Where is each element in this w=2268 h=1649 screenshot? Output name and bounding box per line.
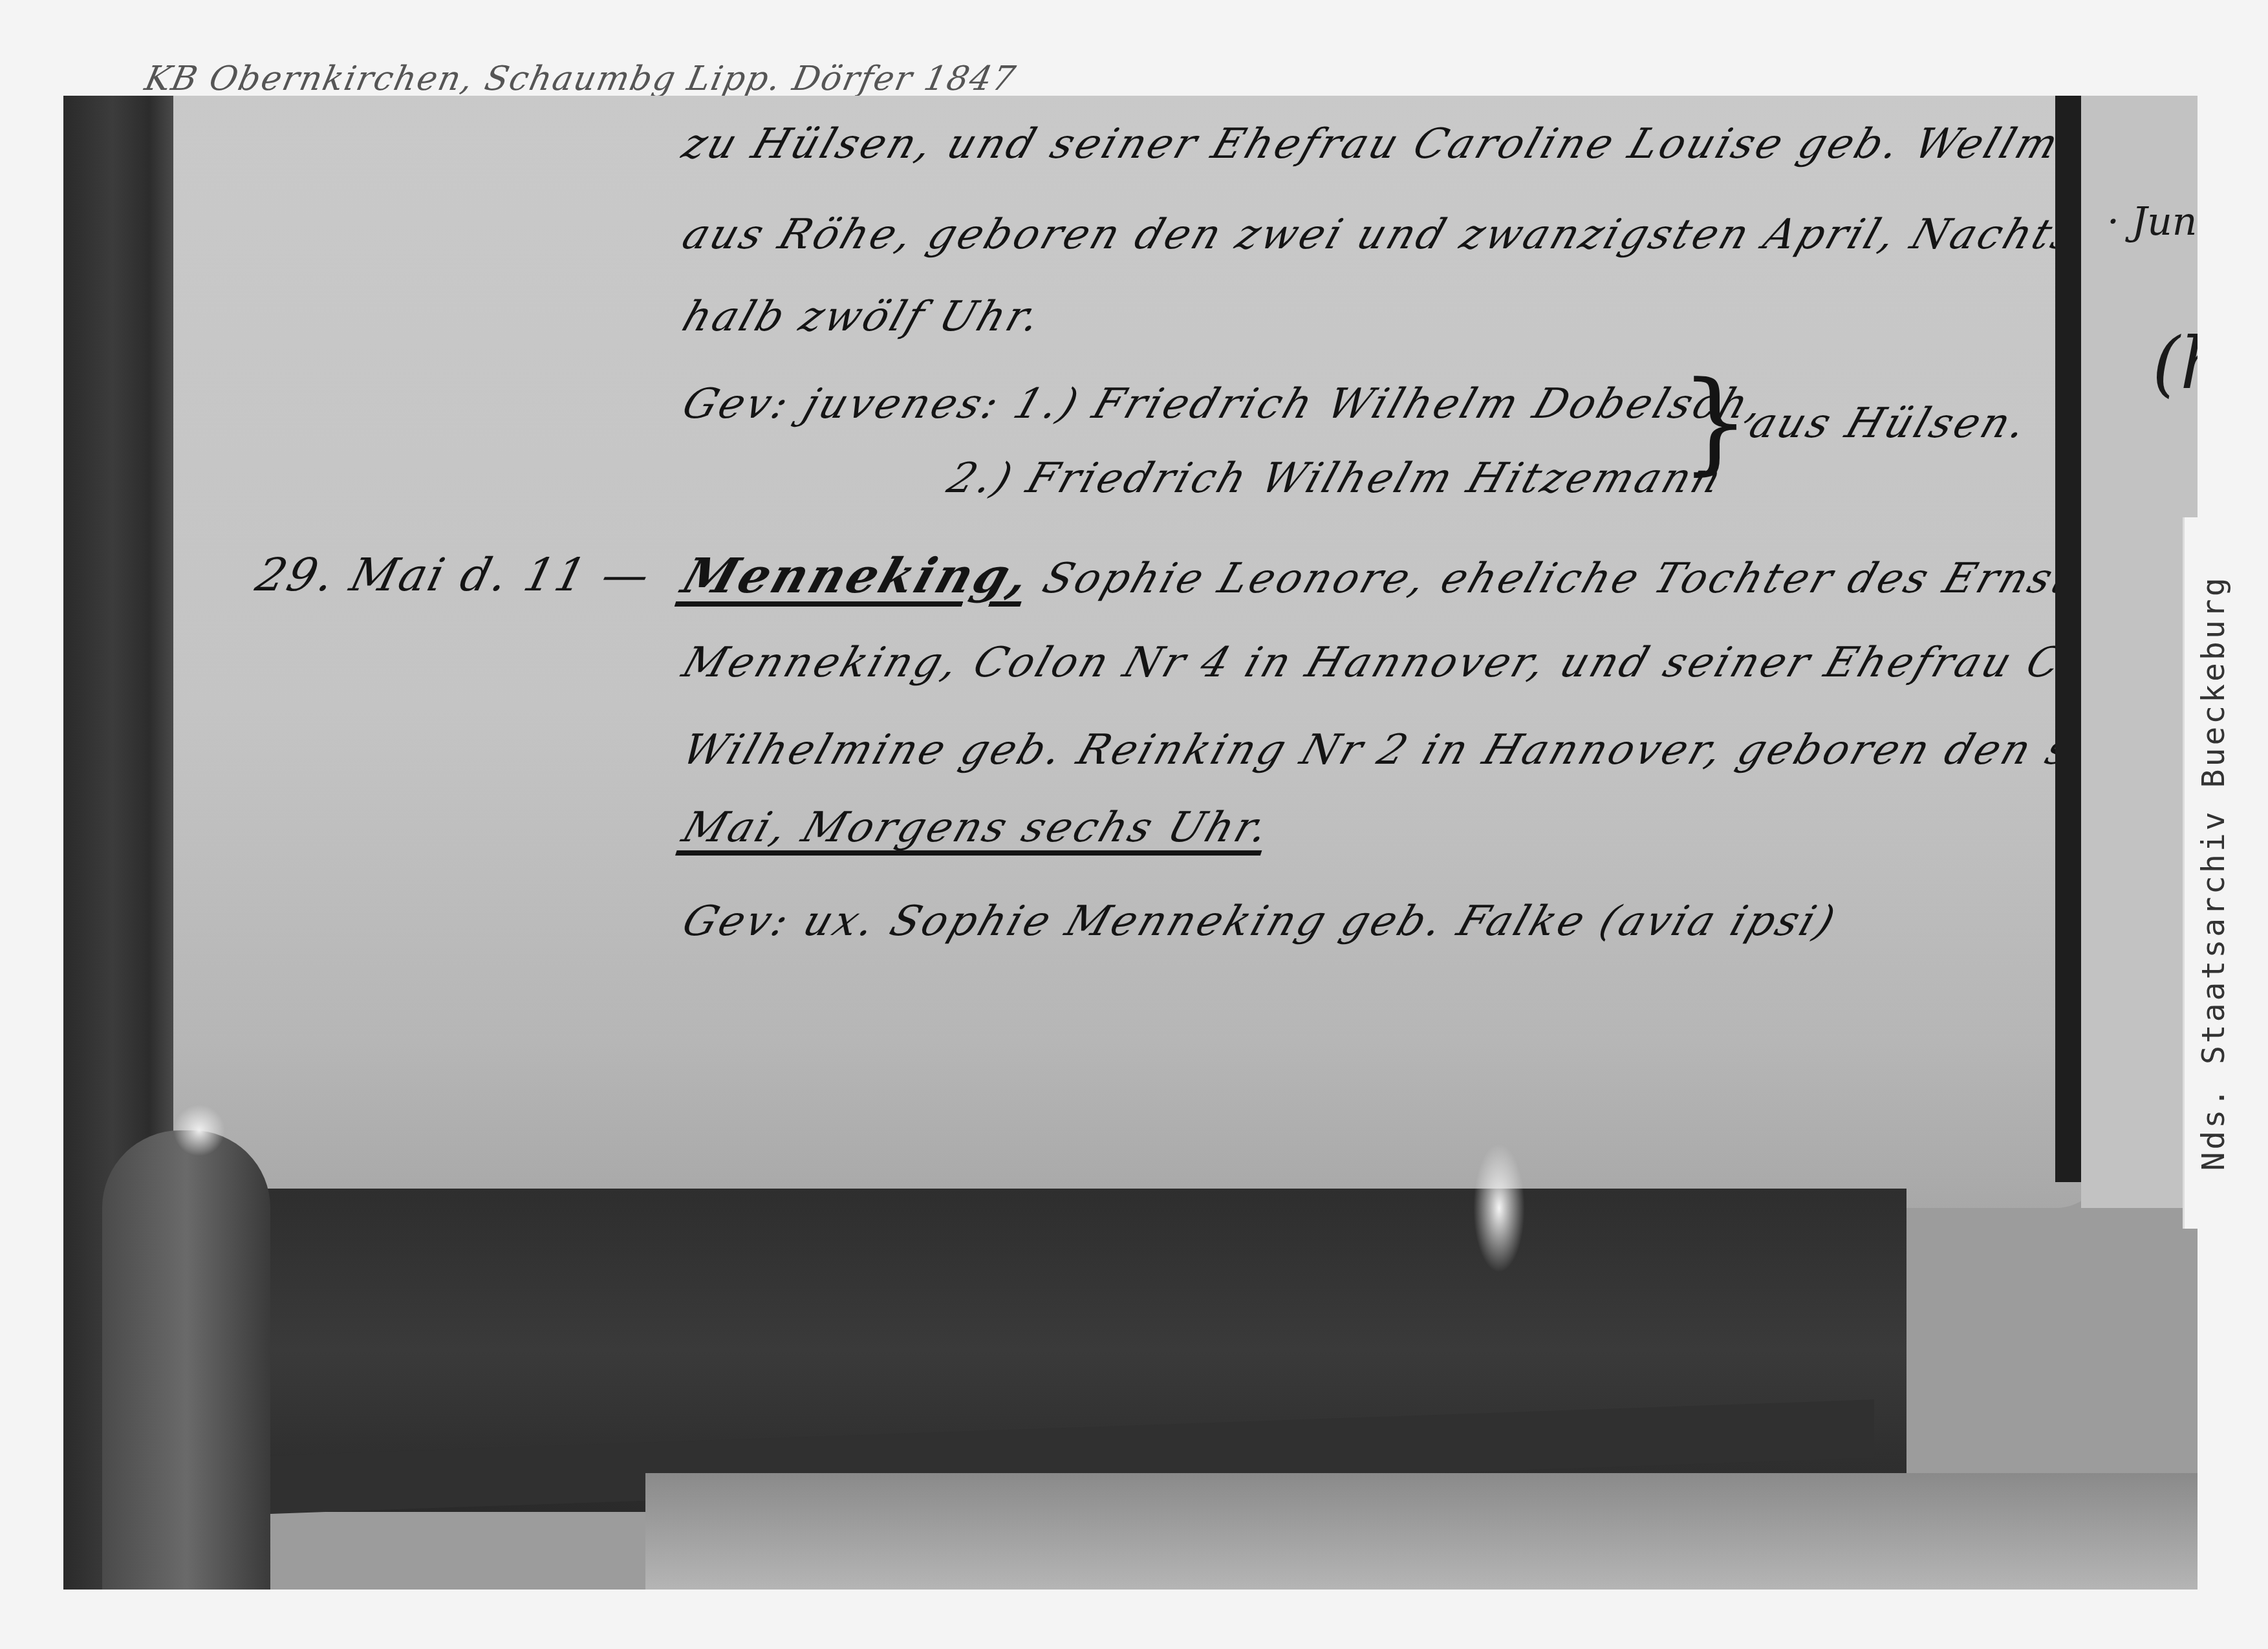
page-margin-rule	[2055, 96, 2081, 1182]
header-note: KB Obernkirchen, Schaumbg Lipp. Dörfer 1…	[142, 59, 1020, 98]
godparent-2-prefix: 2.)	[942, 455, 1021, 502]
register-page: zu Hülsen, und seiner Ehefrau Caroline L…	[173, 96, 2107, 1208]
brace-icon: }	[1680, 367, 1750, 477]
previous-entry-line-1: zu Hülsen, und seiner Ehefrau Caroline L…	[676, 120, 2152, 168]
previous-entry-line-3: halb zwölf Uhr.	[676, 293, 1049, 341]
entry-godparent-line: Gev: ux. Sophie Menneking geb. Falke (av…	[676, 898, 1843, 945]
godparents-line-2: 2.) Friedrich Wilhelm Hitzemann	[942, 455, 1729, 502]
light-glare-small	[173, 1105, 225, 1156]
archive-stamp-text: Nds. Staatsarchiv Bueckeburg	[2196, 575, 2232, 1170]
light-glare	[1473, 1143, 1525, 1273]
entry-line-1-text: Sophie Leonore, eheliche Tochter des Ern…	[1037, 555, 2198, 603]
document-photo: zu Hülsen, und seiner Ehefrau Caroline L…	[63, 96, 2198, 1590]
table-surface	[645, 1473, 2198, 1590]
godparents-label: Gev: juvenes: 1.)	[676, 380, 1086, 428]
previous-entry-line-2: aus Röhe, geboren den zwei und zwanzigst…	[676, 211, 2084, 259]
entry-line-1: Menneking, Sophie Leonore, eheliche Toch…	[675, 548, 2198, 604]
book-support	[102, 1130, 270, 1590]
godparent-2: Friedrich Wilhelm Hitzemann	[1021, 455, 1729, 502]
adjacent-page-fragment-lower: (h	[2152, 322, 2198, 405]
entry-line-3: Wilhelmine geb. Reinking Nr 2 in Hannove…	[676, 726, 2198, 774]
godparent-1: Friedrich Wilhelm Dobelsch,	[1086, 380, 1772, 428]
entry-line-4: Mai, Morgens sechs Uhr.	[676, 804, 1277, 852]
entry-date: 29. Mai d. 11 —	[251, 548, 657, 601]
adjacent-page: · Jun (h	[2081, 96, 2198, 1208]
godparents-line-1: Gev: juvenes: 1.) Friedrich Wilhelm Dobe…	[676, 380, 1773, 428]
archive-stamp: Nds. Staatsarchiv Bueckeburg	[2183, 517, 2243, 1229]
adjacent-page-fragment-top: · Jun	[2107, 199, 2197, 244]
godparents-origin: aus Hülsen.	[1744, 400, 2035, 447]
entry-line-2: Menneking, Colon Nr 4 in Hannover, und s…	[676, 639, 2198, 687]
entry-surname: Menneking,	[675, 548, 1039, 604]
